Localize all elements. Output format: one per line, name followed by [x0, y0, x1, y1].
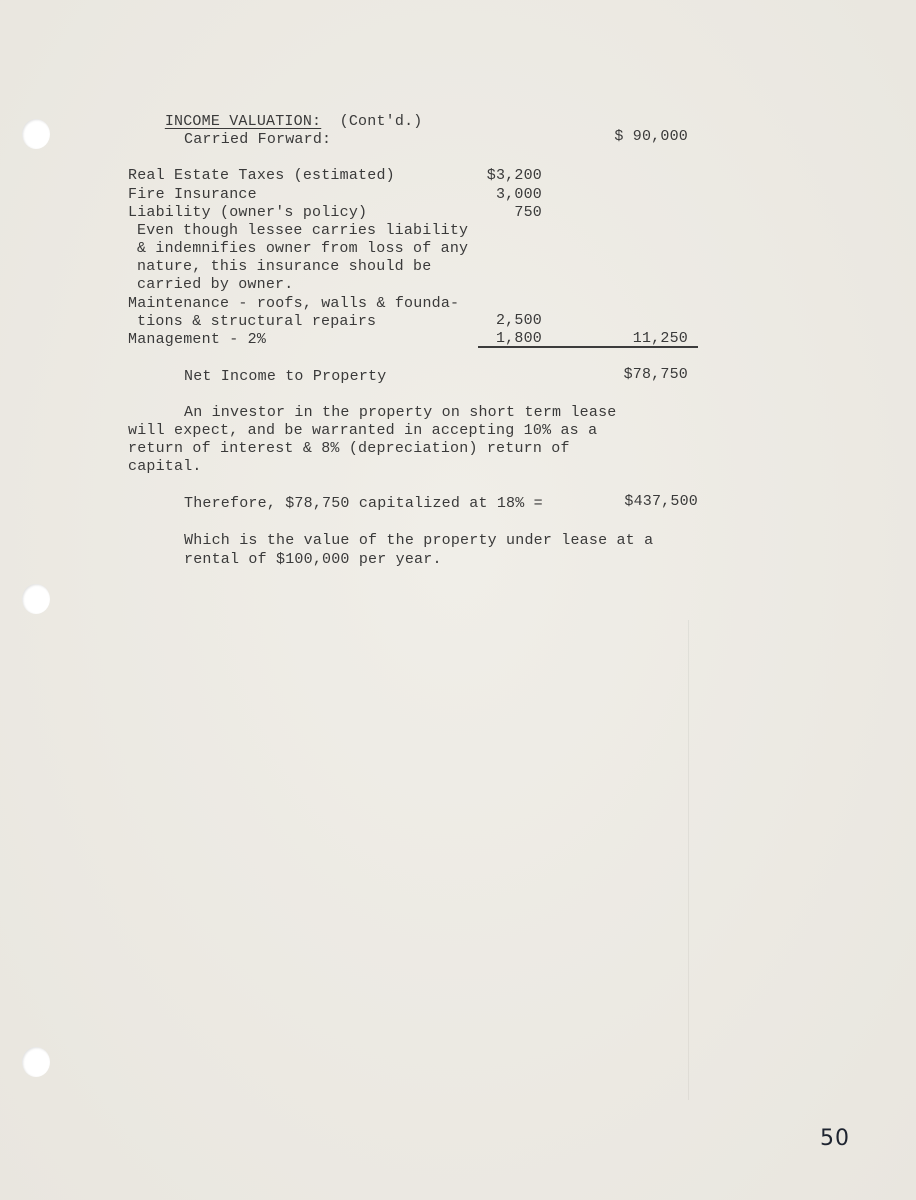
paper-fold — [688, 620, 689, 1100]
conclusion-line: Which is the value of the property under… — [184, 532, 653, 550]
liability-note-line: nature, this insurance should be — [137, 258, 431, 276]
net-income-amount: $78,750 — [580, 366, 688, 384]
conclusion-line: rental of $100,000 per year. — [184, 551, 442, 569]
maintenance-label-line2: tions & structural repairs — [137, 313, 376, 331]
maintenance-amount: 2,500 — [440, 312, 542, 330]
carried-forward-amount: $ 90,000 — [560, 128, 688, 146]
investor-paragraph-line: will expect, and be warranted in accepti… — [128, 422, 597, 440]
expense-label-liability: Liability (owner's policy) — [128, 204, 367, 222]
investor-paragraph-line: return of interest & 8% (depreciation) r… — [128, 440, 570, 458]
capitalization-label: Therefore, $78,750 capitalized at 18% = — [184, 495, 543, 513]
maintenance-label-line1: Maintenance - roofs, walls & founda- — [128, 295, 459, 313]
expense-amount-liability: 750 — [440, 204, 542, 222]
section-title: INCOME VALUATION: — [165, 113, 321, 130]
punch-hole-bottom — [22, 1047, 50, 1077]
management-label: Management - 2% — [128, 331, 266, 349]
punch-hole-middle — [22, 584, 50, 614]
expense-amount-fire: 3,000 — [440, 186, 542, 204]
page-number: 50 — [820, 1126, 850, 1151]
liability-note-line: & indemnifies owner from loss of any — [137, 240, 468, 258]
liability-note-line: Even though lessee carries liability — [137, 222, 468, 240]
liability-note-line: carried by owner. — [137, 276, 293, 294]
section-subtitle: (Cont'd.) — [340, 113, 423, 130]
punch-hole-top — [22, 119, 50, 149]
document-page: INCOME VALUATION: (Cont'd.) Carried Forw… — [0, 0, 916, 1200]
total-underline — [478, 346, 698, 348]
investor-paragraph-line: capital. — [128, 458, 202, 476]
expense-label-taxes: Real Estate Taxes (estimated) — [128, 167, 395, 185]
expense-label-fire: Fire Insurance — [128, 186, 257, 204]
carried-forward-label: Carried Forward: — [184, 131, 331, 149]
expense-amount-taxes: $3,200 — [440, 167, 542, 185]
investor-paragraph-line: An investor in the property on short ter… — [184, 404, 616, 422]
net-income-label: Net Income to Property — [184, 368, 386, 386]
capitalization-amount: $437,500 — [580, 493, 698, 511]
